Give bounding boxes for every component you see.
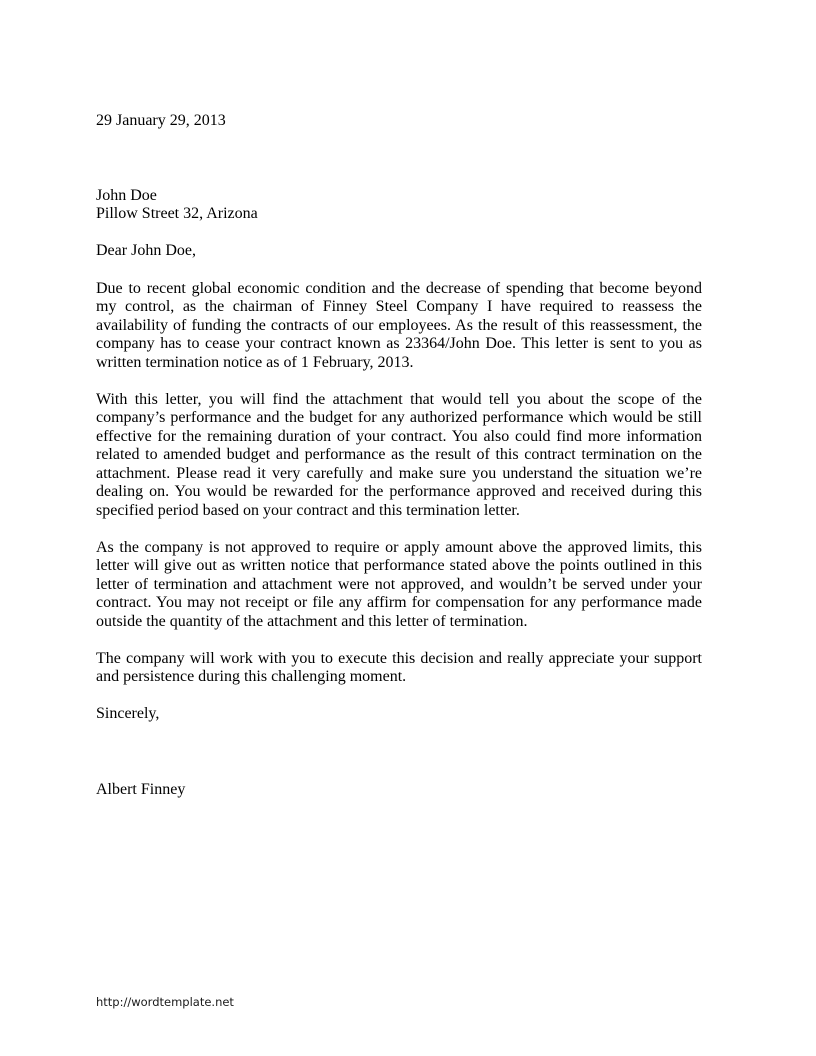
recipient-block: John Doe Pillow Street 32, Arizona — [96, 187, 702, 224]
signature-name: Albert Finney — [96, 781, 702, 800]
letter-date: 29 January 29, 2013 — [96, 112, 702, 131]
letter-body: 29 January 29, 2013 John Doe Pillow Stre… — [96, 112, 702, 799]
footer-url: http://wordtemplate.net — [96, 995, 234, 1009]
salutation: Dear John Doe, — [96, 242, 702, 261]
paragraph-closing-support: The company will work with you to execut… — [96, 650, 702, 687]
paragraph-attachment-scope: With this letter, you will find the atta… — [96, 391, 702, 521]
document-page: 29 January 29, 2013 John Doe Pillow Stre… — [0, 0, 816, 1056]
paragraph-termination-notice: Due to recent global economic condition … — [96, 280, 702, 373]
recipient-name: John Doe — [96, 187, 702, 206]
recipient-address: Pillow Street 32, Arizona — [96, 205, 702, 224]
closing-sincerely: Sincerely, — [96, 705, 702, 724]
paragraph-approved-limits: As the company is not approved to requir… — [96, 539, 702, 632]
